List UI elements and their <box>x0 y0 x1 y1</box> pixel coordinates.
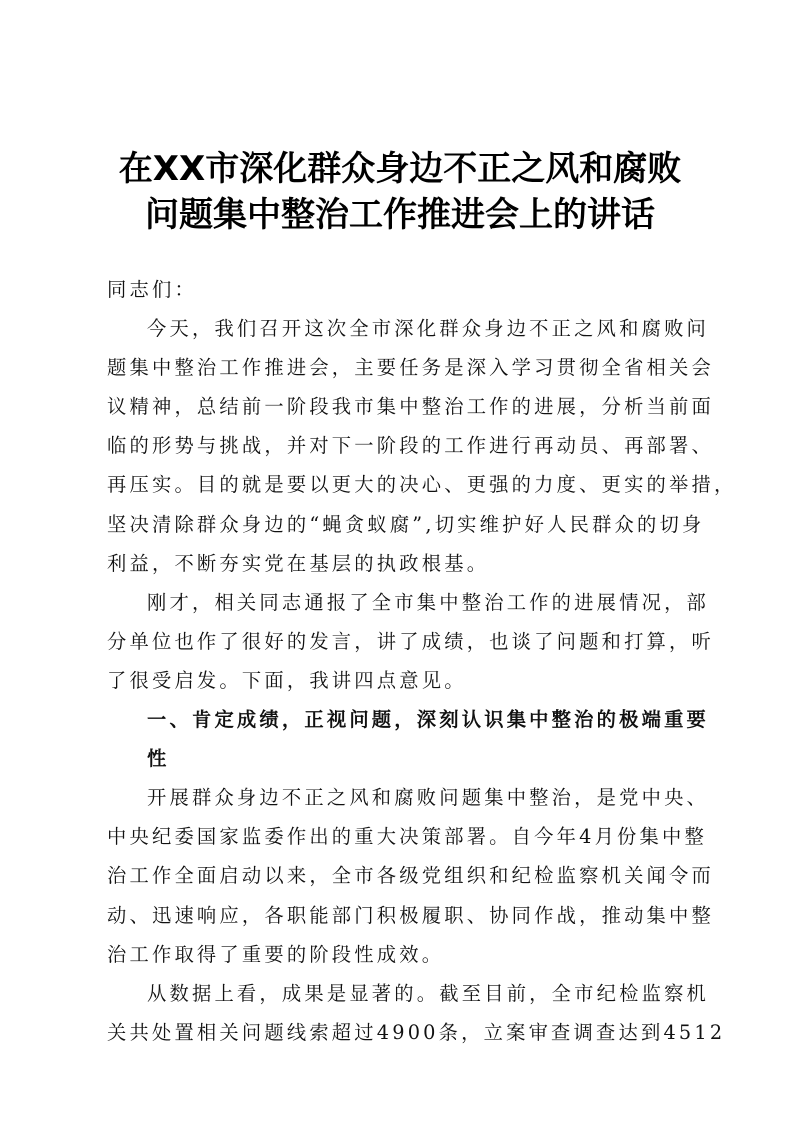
document-page: 在XX市深化群众身边不正之风和腐败 问题集中整治工作推进会上的讲话 同志们： 今… <box>0 0 793 1122</box>
body-line: 刚才，相关同志通报了全市集中整治工作的进展情况，部 <box>107 583 687 622</box>
body-line: 再压实。目的就是要以更大的决心、更强的力度、更实的举措， <box>107 465 687 504</box>
section-heading-line: 性 <box>107 739 687 778</box>
title-line-1: 在XX市深化群众身边不正之风和腐败 <box>100 146 700 192</box>
document-title: 在XX市深化群众身边不正之风和腐败 问题集中整治工作推进会上的讲话 <box>100 146 700 238</box>
body-line: 开展群众身边不正之风和腐败问题集中整治，是党中央、 <box>107 778 687 817</box>
body-line: 动、迅速响应，各职能部门积极履职、协同作战，推动集中整 <box>107 896 687 935</box>
body-line: 议精神，总结前一阶段我市集中整治工作的进展，分析当前面 <box>107 387 687 426</box>
document-body: 同志们： 今天，我们召开这次全市深化群众身边不正之风和腐败问题集中整治工作推进会… <box>107 270 687 1052</box>
body-line: 今天，我们召开这次全市深化群众身边不正之风和腐败问 <box>107 309 687 348</box>
body-line: 治工作全面启动以来，全市各级党组织和纪检监察机关闻令而 <box>107 856 687 895</box>
body-line: 利益，不断夯实党在基层的执政根基。 <box>107 544 687 583</box>
body-line: 治工作取得了重要的阶段性成效。 <box>107 935 687 974</box>
body-line: 从数据上看，成果是显著的。截至目前，全市纪检监察机 <box>107 974 687 1013</box>
body-line: 分单位也作了很好的发言，讲了成绩，也谈了问题和打算，听 <box>107 622 687 661</box>
body-line: 临的形势与挑战，并对下一阶段的工作进行再动员、再部署、 <box>107 426 687 465</box>
body-line: 题集中整治工作推进会，主要任务是深入学习贯彻全省相关会 <box>107 348 687 387</box>
body-line: 了很受启发。下面，我讲四点意见。 <box>107 661 687 700</box>
section-heading-line: 一、肯定成绩，正视问题，深刻认识集中整治的极端重要 <box>107 700 687 739</box>
body-line: 坚决清除群众身边的“蝇贪蚁腐”,切实维护好人民群众的切身 <box>107 505 687 544</box>
salutation: 同志们： <box>107 270 687 309</box>
body-lines: 今天，我们召开这次全市深化群众身边不正之风和腐败问题集中整治工作推进会，主要任务… <box>107 309 687 1052</box>
body-line: 关共处置相关问题线索超过4900条，立案审查调查达到4512 <box>107 1013 687 1052</box>
title-line-2: 问题集中整治工作推进会上的讲话 <box>100 192 700 238</box>
body-line: 中央纪委国家监委作出的重大决策部署。自今年4月份集中整 <box>107 817 687 856</box>
